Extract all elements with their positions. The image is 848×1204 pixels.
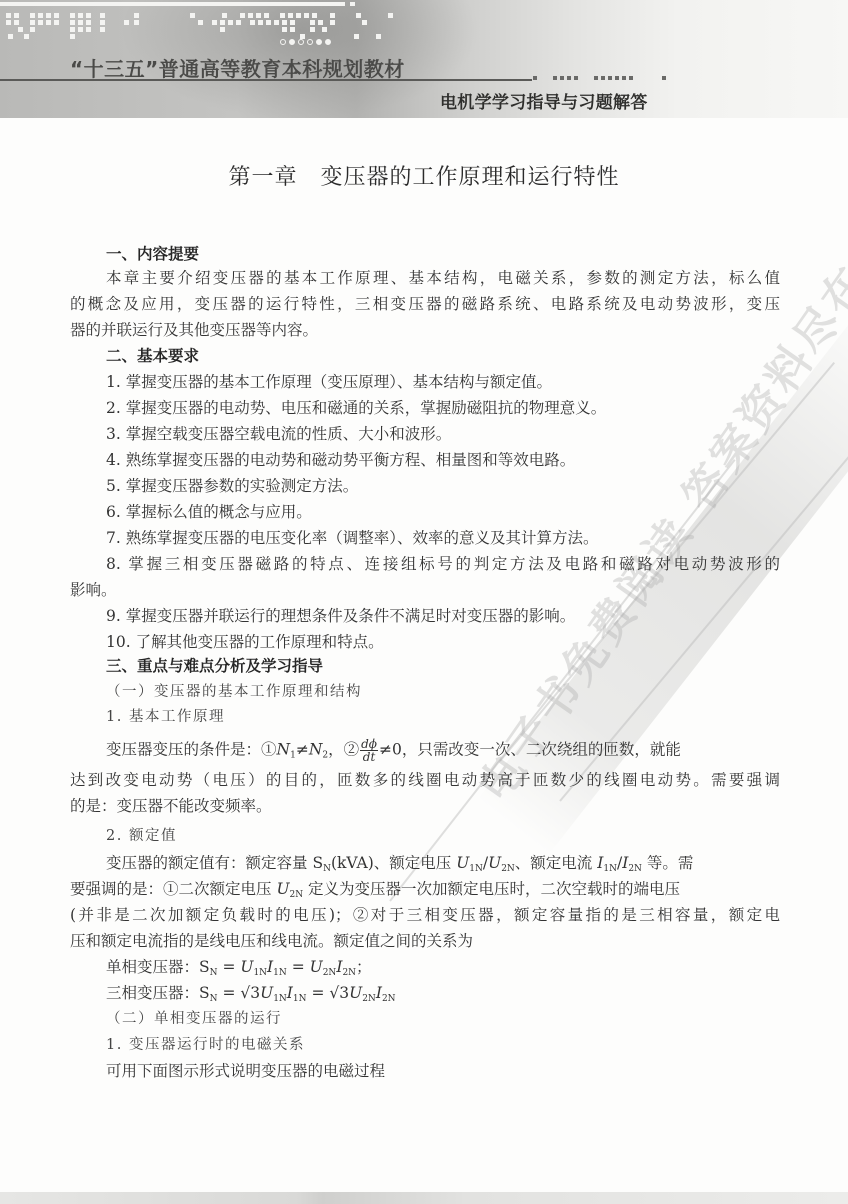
- math-symbol: N: [277, 741, 291, 759]
- paragraph-line: 器的并联运行及其他变压器等内容。: [70, 320, 780, 340]
- section-heading-requirements: 二、基本要求: [106, 346, 199, 366]
- paragraph-line: (并非是二次加额定负载时的电压)；②对于三相变压器，额定容量指的是三相容量，额定…: [70, 905, 780, 925]
- math-symbol: N: [309, 741, 323, 759]
- list-item: 10. 了解其他变压器的工作原理和特点。: [106, 632, 384, 652]
- formula-label: 三相变压器：: [106, 984, 199, 1002]
- paragraph-line: 达到改变电动势（电压）的目的，匝数多的线圈电动势高于匝数少的线圈电动势。需要强调: [70, 770, 780, 790]
- math-subscript: 2N: [290, 890, 304, 900]
- header-divider: [0, 79, 532, 81]
- item-heading: 1. 变压器运行时的电磁关系: [106, 1035, 305, 1055]
- math-symbol: U: [456, 854, 469, 872]
- list-item: 5. 掌握变压器参数的实验测定方法。: [106, 476, 358, 496]
- list-item: 6. 掌握标么值的概念与应用。: [106, 502, 312, 522]
- paragraph-line: 要强调的是：①二次额定电压 U2N 定义为变压器一次加额定电压时，二次空载时的端…: [70, 879, 780, 905]
- text: ≠0，只需改变一次、二次绕组的匝数，就能: [379, 741, 681, 759]
- text: 、额定电流: [515, 854, 597, 872]
- list-item: 7. 熟练掌握变压器的电压变化率（调整率）、效率的意义及其计算方法。: [106, 528, 598, 548]
- math-symbol: S: [312, 854, 323, 872]
- math-fraction: dϕdt: [360, 738, 378, 763]
- series-title: “十三五”普通高等教育本科规划教材: [70, 53, 405, 82]
- text: (kVA)、额定电压: [331, 854, 456, 872]
- paragraph-line: 可用下面图示形式说明变压器的电磁过程: [106, 1061, 385, 1081]
- section-heading-summary: 一、内容提要: [106, 244, 199, 264]
- math-subscript: 1N: [469, 864, 483, 874]
- fraction-denominator: dt: [360, 751, 378, 763]
- item-heading: 1. 基本工作原理: [106, 707, 225, 727]
- list-item-continuation: 影响。: [70, 580, 780, 600]
- formula-single-phase: 单相变压器：SN = U1NI1N = U2NI2N；: [106, 957, 372, 983]
- page-header-banner: “十三五”普通高等教育本科规划教材 电机学学习指导与习题解答: [0, 0, 848, 118]
- item-heading: 2. 额定值: [106, 826, 177, 846]
- watermark-stroke: [389, 459, 735, 902]
- section-heading-key-points: 三、重点与难点分析及学习指导: [106, 656, 323, 676]
- paragraph-line-rated-values: 变压器的额定值有：额定容量 SN(kVA)、额定电压 U1N/U2N、额定电流 …: [106, 853, 693, 879]
- header-rule-decoration: [533, 76, 666, 80]
- formula-label: 单相变压器：: [106, 958, 199, 976]
- formula-three-phase: 三相变压器：SN = √3U1NI1N = √3U2NI2N: [106, 983, 396, 1009]
- text: ，②: [328, 741, 359, 759]
- book-title: 电机学学习指导与习题解答: [440, 88, 648, 113]
- paragraph-line: 本章主要介绍变压器的基本工作原理、基本结构，电磁关系，参数的测定方法，标么值: [106, 268, 780, 288]
- text: 变压器的额定值有：额定容量: [106, 854, 312, 872]
- paragraph-line: 的是：变压器不能改变频率。: [70, 796, 780, 816]
- math-subscript: N: [323, 864, 331, 874]
- math-subscript: 2N: [628, 864, 642, 874]
- paragraph-line: 压和额定电流指的是线电压和线电流。额定值之间的关系为: [70, 931, 780, 951]
- math-operator: ≠: [296, 741, 309, 759]
- page-bottom-edge: [0, 1192, 848, 1204]
- subsection-heading: （二）单相变压器的运行: [106, 1009, 282, 1029]
- chapter-title: 第一章 变压器的工作原理和运行特性: [0, 160, 848, 191]
- list-item: 1. 掌握变压器的基本工作原理（变压原理）、基本结构与额定值。: [106, 372, 552, 392]
- list-item: 9. 掌握变压器并联运行的理想条件及条件不满足时对变压器的影响。: [106, 606, 575, 626]
- list-item: 3. 掌握空载变压器空载电流的性质、大小和波形。: [106, 424, 451, 444]
- text: 要强调的是：①二次额定电压: [70, 880, 276, 898]
- header-dot-row: [280, 39, 331, 45]
- math-symbol: U: [276, 880, 289, 898]
- list-item: 8. 掌握三相变压器磁路的特点、连接组标号的判定方法及电路和磁路对电动势波形的: [106, 554, 780, 574]
- header-square-pattern: [0, 0, 420, 45]
- paragraph-line-condition: 变压器变压的条件是：①N1≠N2，②dϕdt≠0，只需改变一次、二次绕组的匝数，…: [106, 738, 681, 766]
- paragraph-line: 的概念及应用，变压器的运行特性，三相变压器的磁路系统、电路系统及电动势波形，变压: [70, 294, 780, 314]
- text: 变压器变压的条件是：①: [106, 741, 277, 759]
- text: 等。需: [642, 854, 693, 872]
- list-item: 2. 掌握变压器的电动势、电压和磁通的关系，掌握励磁阻抗的物理意义。: [106, 398, 606, 418]
- math-symbol: U: [488, 854, 501, 872]
- subsection-heading: （一）变压器的基本工作原理和结构: [106, 682, 362, 702]
- text: 定义为变压器一次加额定电压时，二次空载时的端电压: [303, 880, 680, 898]
- math-subscript: 1N: [603, 864, 617, 874]
- math-subscript: 2N: [501, 864, 515, 874]
- list-item: 4. 熟练掌握变压器的电动势和磁动势平衡方程、相量图和等效电路。: [106, 450, 575, 470]
